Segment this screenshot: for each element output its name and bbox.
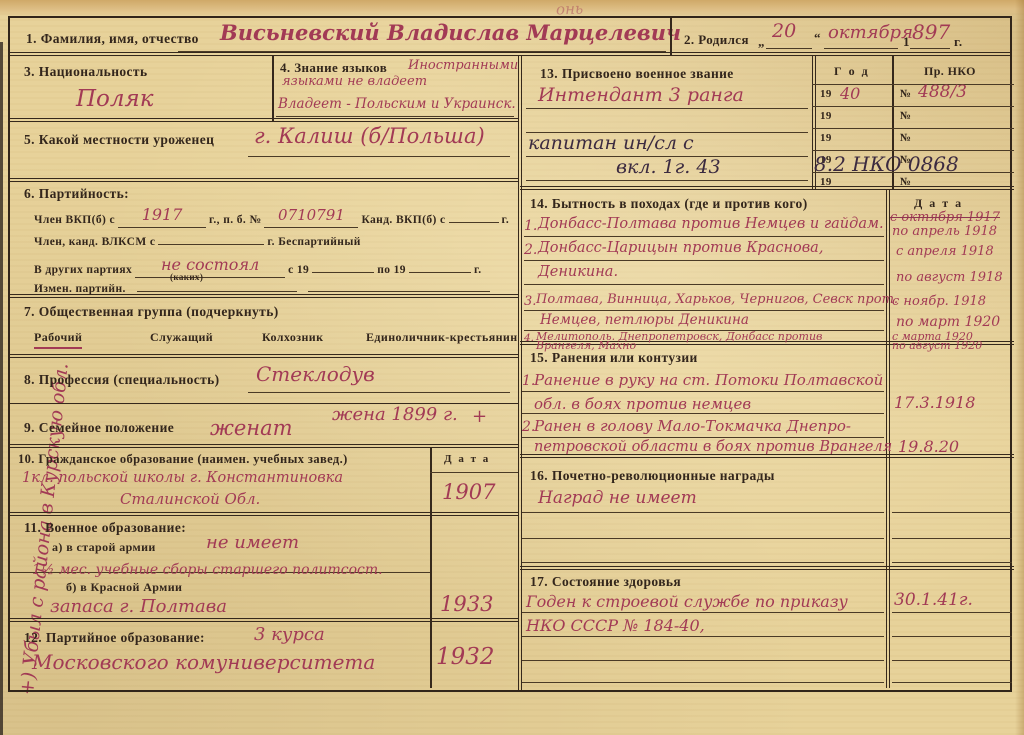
health-rule-4 [522,682,884,683]
social-group-label: 7. Общественная группа (подчеркнуть) [24,304,279,320]
campaign-1-date-to: по апрель 1918 [892,224,997,239]
rank-order-header: Пр. НКО [924,64,976,79]
red-army-value: запаса г. Полтава [50,596,227,617]
civil-education-label: 10. Гражданское образование (наимен. уче… [18,452,348,467]
rank-value-2-line3: 8.2 НКО 0868 [814,152,959,176]
rank-order-value: 488/3 [918,82,967,102]
rank-year-value: 40 [840,84,860,103]
nationality-value: Поляк [76,86,154,112]
birthplace-value: г. Калиш (б/Польша) [254,124,485,148]
health-date-divider [886,570,890,688]
changed-blank-2 [308,291,490,292]
year-prefix-row5: 19 [820,176,832,188]
health-date: 30.1.41г. [894,590,973,610]
section-13: 13. Присвоено военное звание Г о д Пр. Н… [520,56,1014,190]
military-education-date: 1933 [440,592,493,616]
rank-value-2-line2: вкл. 1г. 43 [616,156,721,178]
quote-open: „ [758,34,765,50]
no-prefix-row2: № [900,110,911,122]
card-frame: 1. Фамилия, имя, отчество Висьневский Вл… [8,16,1012,692]
family-status-note: жена 1899 г. [332,404,458,425]
campaign-3-text-2: Немцев, петлюры Деникина [540,312,749,328]
awards-line-2r [892,538,1012,539]
year-suffix: г. [954,34,963,50]
wound-1-line1: Ранение в руку на ст. Потоки Полтавской [534,371,883,389]
party-education-line2: Московского комуниверситета [32,650,375,674]
other-from-label: с 19 [288,264,309,276]
languages-underline [276,116,514,117]
health-label: 17. Состояние здоровья [530,574,681,590]
year-prefix-row1: 19 [820,88,832,100]
campaign-2-text-2: Деникина. [538,264,618,280]
awards-line-3r [892,562,1012,563]
wound-1-line2: обл. в боях против немцев [534,395,751,413]
campaign-line-3 [524,284,884,285]
card-label: г., п. б. № [209,214,261,226]
campaign-2-date-to: по август 1918 [896,270,1003,285]
rank-row-line-1 [812,106,1014,107]
health-rule-4r [892,682,1012,683]
birth-month: октября [828,22,913,43]
civil-education-line2: Сталинской Обл. [120,490,260,508]
awards-date-divider [886,458,890,570]
wound-line-1 [522,391,884,392]
section-11: 11. Военное образование: а) в старой арм… [10,516,518,622]
section-7: 7. Общественная группа (подчеркнуть) Раб… [10,298,518,358]
campaign-line-1 [524,236,884,237]
health-rule-2 [522,636,884,637]
party-row-4: Измен. партийн. [34,281,490,296]
profession-value: Стеклодув [256,362,375,386]
wound-2-line2: петровской области в боях против Врангел… [534,439,892,455]
family-status-value: женат [210,416,293,440]
campaign-1-text: Донбасс-Полтава против Немцев и гайдам. [538,216,884,232]
awards-line-1 [522,512,884,513]
red-army-note: 1½ мес. учебные сборы старшего политсост… [32,562,383,578]
old-army-value: не имеет [206,532,299,553]
campaign-2-no: 2. [524,242,537,258]
card-no-value: 0710791 [278,206,345,224]
campaign-3-text-1: Полтава, Винница, Харьков, Чернигов, Сев… [536,292,898,307]
no-prefix-row3: № [900,132,911,144]
campaign-3-date-to: по март 1920 [896,314,1000,330]
paper-right-edge [1015,0,1024,735]
section-3-4: 3. Национальность Поляк 4. Знание языков… [10,56,518,122]
section-12: 12. Партийное образование: 3 курса Моско… [10,622,518,688]
komsomol-suffix: г. Беспартийный [267,236,360,248]
other-parties-label: В других партиях [34,264,132,276]
candidate-blank [449,222,499,223]
campaign-2-date-from: с апреля 1918 [896,244,994,259]
rank-label: 13. Присвоено военное звание [540,66,734,82]
month-underline [824,48,898,49]
campaigns-label: 14. Бытность в походах (где и против ког… [530,196,808,212]
health-rule-1 [522,612,884,613]
other-suffix: г. [474,264,482,276]
awards-value: Наград не имеет [538,488,697,508]
health-line2: НКО СССР № 184-40, [526,616,705,635]
birthplace-label: 5. Какой местности уроженец [24,132,214,148]
social-group-option-employee: Служащий [150,330,213,345]
awards-line-1r [892,512,1012,513]
languages-line1: Иностранными [408,58,518,73]
campaign-3-no: 3. [524,294,536,309]
health-rule-2r [892,636,1012,637]
health-line1: Годен к строевой службе по приказу [526,592,848,611]
section-10: 10. Гражданское образование (наимен. уче… [10,448,518,516]
party-label: 6. Партийность: [24,186,129,202]
candidate-label: Канд. ВКП(б) с [361,214,445,226]
komsomol-blank [158,244,264,245]
party-row-1: Член ВКП(б) с 1917 г., п. б. № 0710791 К… [34,208,509,228]
military-education-label: 11. Военное образование: [24,520,186,536]
field-1-label: 1. Фамилия, имя, отчество [26,31,199,47]
rank-row-line-2 [812,128,1014,129]
profession-label: 8. Профессия (специальность) [24,372,220,388]
section-14: 14. Бытность в походах (где и против ког… [520,190,1014,345]
social-group-option-worker: Рабочий [34,330,82,349]
party-row-3: В других партиях не состоял с 19 по 19 г… [34,258,482,278]
no-prefix-row1: № [900,88,911,100]
birthplace-underline [248,156,510,157]
profession-underline [248,392,510,393]
other-from-blank [312,272,374,273]
section-17: 17. Состояние здоровья Годен к строевой … [520,570,1014,688]
birth-year: 897 [912,20,950,44]
other-to-blank [409,272,471,273]
other-parties-blank: не состоял [135,258,285,278]
date-header-underline [430,472,518,473]
member-label: Член ВКП(б) с [34,214,115,226]
torn-top-edge [0,0,1024,16]
health-rule-1r [892,612,1012,613]
campaign-line-4 [524,310,884,311]
scanned-personnel-card: { "colors":{"paper":"#e7d29a","printed_i… [0,0,1024,735]
languages-line2: языками не владеет [282,74,427,89]
no-prefix-row5: № [900,176,911,188]
campaign-line-2 [524,260,884,261]
year-prefix-row2: 19 [820,110,832,122]
section-8: 8. Профессия (специальность) Стеклодув [10,358,518,404]
languages-line3: Владеет - Польским и Украинск. [278,96,516,112]
wound-2-line1: Ранен в голову Мало-Токмачка Днепро- [534,417,851,435]
red-army-label: б) в Красной Армии [66,580,182,595]
rank-row-line-3 [812,150,1014,151]
wound-2-date: 19.8.20 [898,437,959,456]
field-2-label: 2. Родился [684,32,749,48]
day-underline [766,48,812,49]
date-column-header: Д а т а [444,453,490,465]
year-prefix: 1 [903,34,910,50]
card-no-blank: 0710791 [264,209,358,228]
party-education-line1: 3 курса [254,624,325,645]
header-divider [670,18,672,56]
rank-value-1: Интендант 3 ранга [538,84,744,106]
family-status-label: 9. Семейное положение [24,420,174,436]
section-6: 6. Партийность: Член ВКП(б) с 1917 г., п… [10,182,518,298]
civil-education-line1: 1кл. польской школы г. Константиновка [22,470,343,486]
section-9: 9. Семейное положение женат жена 1899 г.… [10,404,518,448]
scan-left-edge [0,42,3,735]
section-5: 5. Какой местности уроженец г. Калиш (б/… [10,122,518,182]
awards-line-2 [522,538,884,539]
party-education-date: 1932 [436,644,495,670]
field-1-value: Висьневский Владислав Марцелевич [220,20,681,45]
wound-1-date: 17.3.1918 [894,393,975,412]
year-underline [910,48,950,49]
campaign-1-date-from: с октября 1917 [890,210,1000,225]
header-row: 1. Фамилия, имя, отчество Висьневский Вл… [10,18,1010,56]
party-row-2: Член, канд. ВЛКСМ с г. Беспартийный [34,234,361,249]
awards-label: 16. Почетно-революционные награды [530,468,775,484]
komsomol-label: Член, канд. ВЛКСМ с [34,236,155,248]
civil-education-date: 1907 [442,480,495,504]
rank-write-line-4 [526,180,808,181]
health-rule-3r [892,660,1012,661]
awards-line-3 [522,562,884,563]
section-16: 16. Почетно-революционные награды Наград… [520,458,1014,570]
rank-write-line-1 [526,108,808,109]
changed-blank-1 [137,291,297,292]
wounds-label: 15. Ранения или контузии [530,350,698,366]
member-year-blank: 1917 [118,208,206,228]
candidate-suffix: г. [502,214,510,226]
birth-day: 20 [772,20,796,42]
section-3-4-divider [272,56,274,122]
nationality-label: 3. Национальность [24,64,148,80]
family-status-mark: + [472,406,487,427]
quote-close: “ [814,30,821,46]
rank-year-header: Г о д [834,64,870,79]
other-to-label: по 19 [377,264,406,276]
campaign-2-text-1: Донбасс-Царицын против Краснова, [538,240,823,256]
campaign-3-date-from: с ноябр. 1918 [892,294,986,309]
name-underline [178,51,666,52]
campaigns-date-header: Д а т а [914,196,963,211]
year-prefix-row3: 19 [820,132,832,144]
social-group-option-peasant: Единоличник-крестьянин [366,330,518,345]
health-rule-3 [522,660,884,661]
section-15: 15. Ранения или контузии 1. Ранение в ру… [520,345,1014,458]
social-group-option-kolkhoznik: Колхозник [262,330,323,345]
rank-value-2-line1: капитан ин/сл с [528,132,694,154]
member-year-value: 1917 [142,205,183,224]
old-army-label: а) в старой армии [52,540,156,555]
wound-line-3 [522,437,884,438]
campaign-1-no: 1. [524,218,537,234]
campaign-4-no: 4. [524,332,534,344]
party-education-label: 12. Партийное образование: [24,630,205,646]
changed-party-label: Измен. партийн. [34,283,126,295]
wound-line-2 [522,413,884,414]
